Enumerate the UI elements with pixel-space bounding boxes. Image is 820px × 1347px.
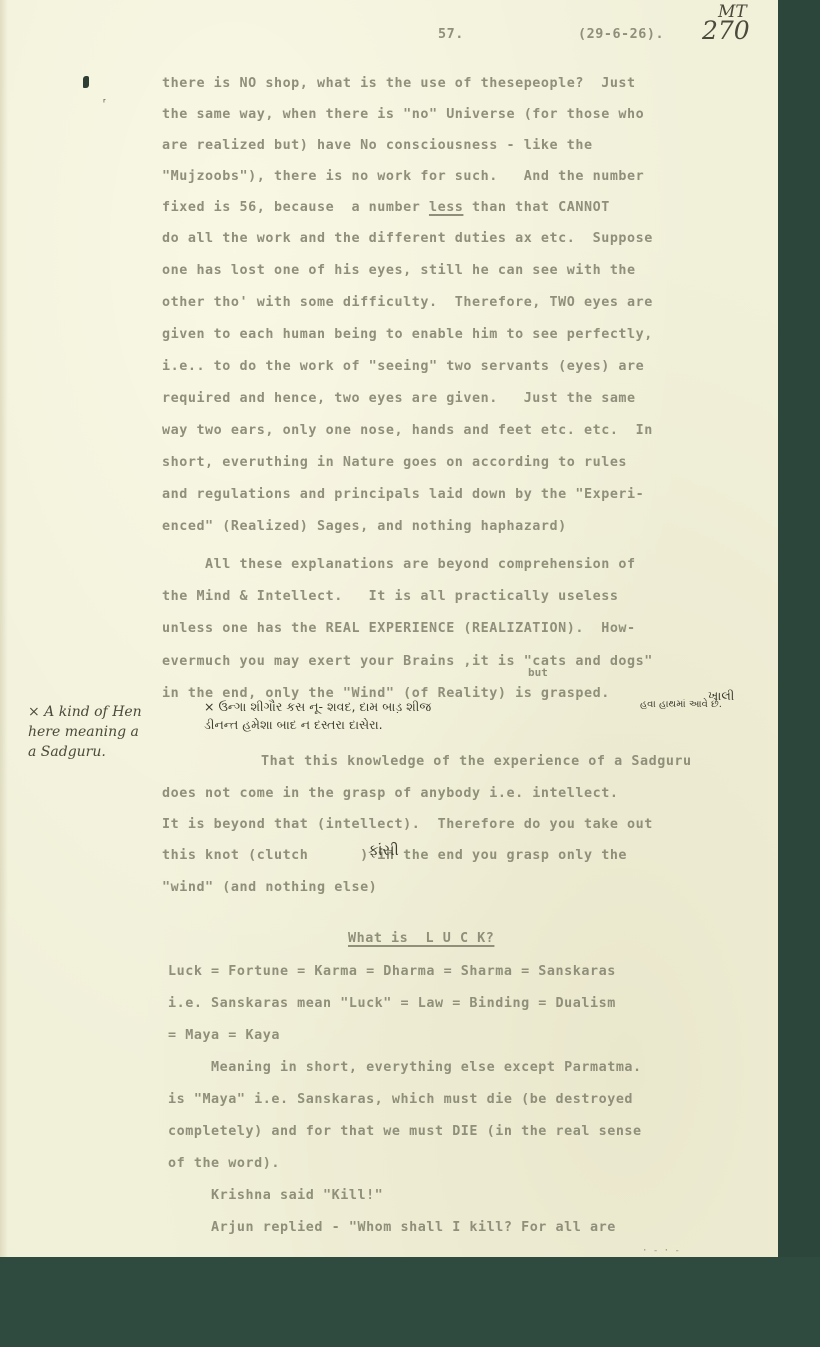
- gujarati-annotation-line: ડીનન્ત હમેશા બાદ ન દસ્તરા દાસેરા.: [204, 717, 383, 733]
- luck-line: completely) and for that we must DIE (in…: [168, 1123, 642, 1141]
- body-line: short, everuthing in Nature goes on acco…: [162, 454, 636, 472]
- body-line: there is NO shop, what is the use of the…: [162, 75, 636, 93]
- luck-line: Krishna said "Kill!": [168, 1187, 383, 1205]
- luck-line: i.e. Sanskaras mean "Luck" = Law = Bindi…: [168, 995, 616, 1013]
- body-line: do all the work and the different duties…: [162, 230, 653, 248]
- body-line: one has lost one of his eyes, still he c…: [162, 262, 636, 280]
- body-line: way two ears, only one nose, hands and f…: [162, 422, 653, 440]
- faint-marks: · - · -: [642, 1246, 680, 1256]
- page-number: 57.: [438, 26, 464, 44]
- ink-blot-mark: [83, 76, 89, 88]
- luck-line: Meaning in short, everything else except…: [168, 1059, 642, 1077]
- body-line: does not come in the grasp of anybody i.…: [162, 785, 618, 803]
- body-line: and regulations and principals laid down…: [162, 486, 644, 504]
- body-line: "Mujzoobs"), there is no work for such. …: [162, 168, 644, 186]
- body-line: given to each human being to enable him …: [162, 326, 653, 344]
- body-line: unless one has the REAL EXPERIENCE (REAL…: [162, 620, 636, 638]
- body-line-start: fixed is 56, because a number: [162, 200, 429, 215]
- body-line: evermuch you may exert your Brains ,it i…: [162, 653, 653, 671]
- luck-line: Luck = Fortune = Karma = Dharma = Sharma…: [168, 963, 616, 981]
- pencil-tick-mark: ʳ: [103, 96, 106, 109]
- body-line: enced" (Realized) Sages, and nothing hap…: [162, 518, 567, 536]
- margin-note: × A kind of Henhere meaning aa Sadguru.: [28, 702, 142, 762]
- document-page: 57. (29-6-26). MT 270 ʳ there is NO shop…: [0, 0, 782, 1257]
- handwritten-ref-number: 270: [702, 18, 750, 44]
- body-line: the Mind & Intellect. It is all practica…: [162, 588, 618, 606]
- page-date: (29-6-26).: [578, 26, 664, 44]
- body-line: required and hence, two eyes are given. …: [162, 390, 636, 408]
- body-line: All these explanations are beyond compre…: [162, 556, 636, 574]
- luck-line: Arjun replied - "Whom shall I kill? For …: [168, 1219, 616, 1237]
- body-line: fixed is 56, because a number less than …: [162, 199, 610, 217]
- gujarati-inline-word: ફાંસી: [368, 841, 399, 859]
- body-line-end: than that CANNOT: [463, 200, 609, 215]
- scan-background-right: [778, 0, 820, 1347]
- gujarati-annotation-line: × ઉન્ગા શીગૌર કસ નૂ- શવદ, દામ બાડ઼ શીજ: [204, 699, 431, 715]
- paper-edge-shadow: [0, 0, 8, 1257]
- body-line: the same way, when there is "no" Univers…: [162, 106, 644, 124]
- body-line: i.e.. to do the work of "seeing" two ser…: [162, 358, 644, 376]
- section-heading: What is L U C K?: [348, 930, 494, 948]
- body-line: It is beyond that (intellect). Therefore…: [162, 816, 653, 834]
- luck-line: is "Maya" i.e. Sanskaras, which must die…: [168, 1091, 633, 1109]
- body-line: are realized but) have No consciousness …: [162, 137, 593, 155]
- luck-line: of the word).: [168, 1155, 280, 1173]
- body-line: "wind" (and nothing else): [162, 879, 377, 897]
- underlined-word: less: [429, 200, 463, 215]
- gujarati-annotation-right: હવા હાથમાં આવે છે.: [640, 699, 722, 710]
- scan-background-bottom: [0, 1257, 820, 1347]
- body-line: other tho' with some difficulty. Therefo…: [162, 294, 653, 312]
- luck-line: = Maya = Kaya: [168, 1027, 280, 1045]
- body-line: That this knowledge of the experience of…: [218, 753, 692, 771]
